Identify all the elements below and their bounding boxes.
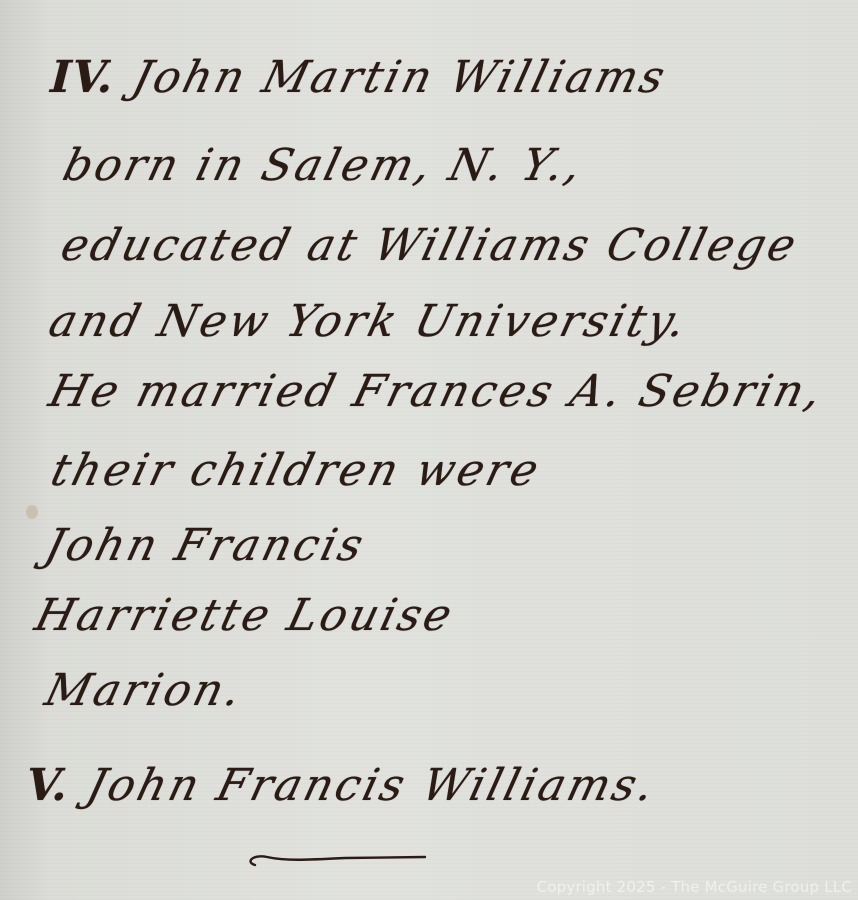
paper-stain bbox=[26, 505, 38, 519]
underline-flourish-icon bbox=[245, 852, 430, 868]
manuscript-page: IV.John Martin Williams born in Salem, N… bbox=[0, 0, 858, 900]
handwritten-line: their children were bbox=[46, 445, 546, 496]
handwritten-line: He married Frances A. Sebrin, bbox=[44, 366, 829, 417]
entry-iv-heading: IV.John Martin Williams bbox=[44, 52, 673, 103]
entry-v-name: John Francis Williams. bbox=[82, 760, 662, 811]
child-name: Marion. bbox=[40, 665, 249, 716]
handwritten-line: educated at Williams College bbox=[56, 220, 804, 271]
child-name: John Francis bbox=[40, 520, 371, 571]
copyright-watermark: Copyright 2025 - The McGuire Group LLC bbox=[537, 878, 852, 896]
entry-iv-name: John Martin Williams bbox=[127, 52, 672, 103]
handwritten-line: and New York University. bbox=[44, 296, 694, 347]
roman-numeral-v: V. bbox=[20, 760, 76, 811]
child-name: Harriette Louise bbox=[30, 590, 460, 641]
handwritten-line: born in Salem, N. Y., bbox=[58, 140, 589, 191]
entry-v-heading: V.John Francis Williams. bbox=[20, 760, 662, 811]
roman-numeral-iv: IV. bbox=[44, 52, 122, 103]
